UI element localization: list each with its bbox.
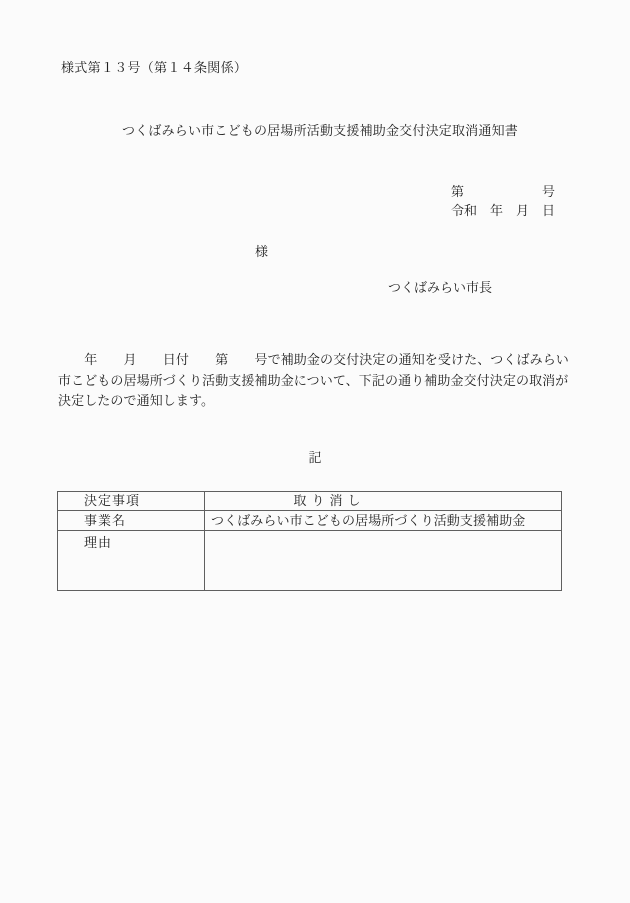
document-title: つくばみらい市こどもの居場所活動支援補助金交付決定取消通知書 [0,122,630,140]
table-row: 理由 [58,531,562,591]
body-line-3: 決定したので通知します。 [58,391,572,412]
form-number: 様式第１３号（第１４条関係） [61,59,247,77]
addressee-honorific: 様 [255,243,268,261]
body-line-2: 市こどもの居場所づくり活動支援補助金について、下記の通り補助金交付決定の取消が [58,371,572,392]
document-page: 様式第１３号（第１４条関係） つくばみらい市こどもの居場所活動支援補助金交付決定… [0,0,630,903]
sender-name: つくばみらい市長 [388,279,492,297]
project-name-label: 事業名 [58,511,205,531]
dispatch-number-line: 第 号 [451,183,555,201]
date-line: 令和 年 月 日 [451,202,555,220]
reason-value [205,531,562,591]
body-paragraph: 年 月 日付 第 号で補助金の交付決定の通知を受けた、つくばみらい 市こどもの居… [58,350,572,412]
decision-table: 決定事項 取り消し 事業名 つくばみらい市こどもの居場所づくり活動支援補助金 理… [57,491,562,591]
decision-item-value: 取り消し [205,492,562,511]
table-row: 事業名 つくばみらい市こどもの居場所づくり活動支援補助金 [58,511,562,531]
project-name-value: つくばみらい市こどもの居場所づくり活動支援補助金 [205,511,562,531]
reason-label: 理由 [58,531,205,591]
table-row: 決定事項 取り消し [58,492,562,511]
record-heading: 記 [0,449,630,467]
decision-item-label: 決定事項 [58,492,205,511]
body-line-1: 年 月 日付 第 号で補助金の交付決定の通知を受けた、つくばみらい [58,350,572,371]
